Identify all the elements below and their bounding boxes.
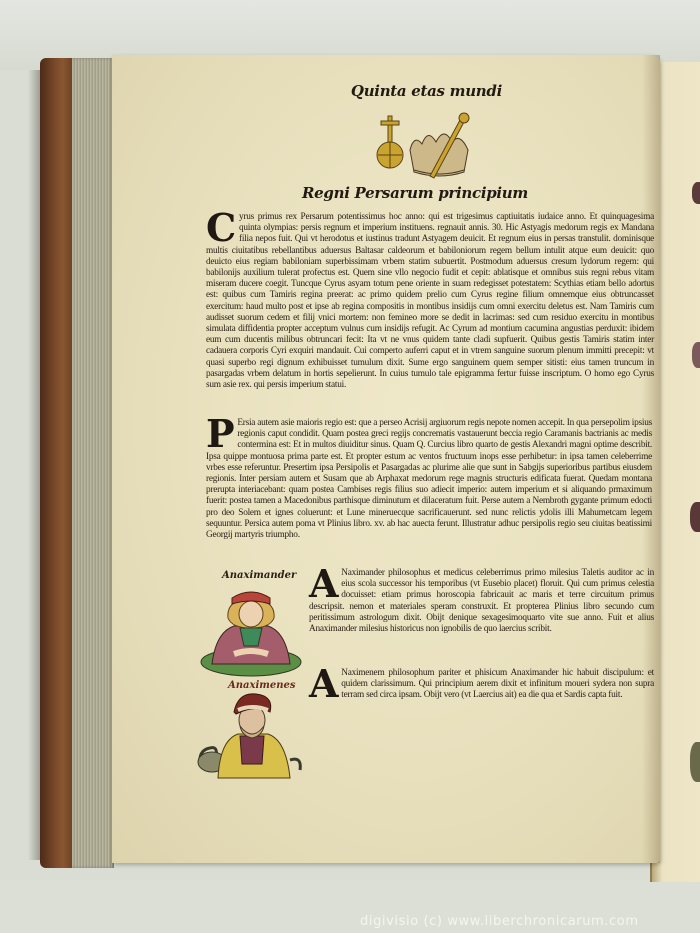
paragraph-persia: P Ersia autem asie maioris regio est: qu…	[206, 418, 652, 541]
facing-page-ornament	[692, 342, 700, 368]
paragraph-text: Naximander philosophus et medicus celebe…	[309, 568, 654, 635]
initial-letter: P	[206, 418, 234, 450]
facing-page-ornament	[692, 182, 700, 204]
initial-letter: C	[206, 212, 236, 244]
section-title: Regni Persarum principium	[300, 184, 530, 202]
paragraph-cyrus: C yrus primus rex Persarum potentissimus…	[206, 212, 654, 391]
facing-page-ornament	[690, 742, 700, 782]
orb-and-crown-icon	[372, 110, 482, 182]
paragraph-text: Ersia autem asie maioris regio est: que …	[206, 418, 652, 541]
portrait-caption-anaximander: Anaximander	[222, 570, 296, 581]
running-head: Quinta etas mundi	[262, 82, 502, 100]
paragraph-text: yrus primus rex Persarum potentissimus h…	[206, 212, 654, 391]
watermark-text: digivisio (c) www.liberchronicarum.com	[360, 914, 639, 929]
paragraph-anaximander: A Naximander philosophus et medicus cele…	[309, 568, 654, 635]
paragraph-anaximenes: A Naximenem philosophum pariter et phisi…	[309, 668, 654, 702]
anaximander-portrait-icon	[198, 584, 304, 678]
page-edges	[72, 58, 114, 868]
facing-page-ornament	[690, 502, 700, 532]
anaximenes-portrait-icon	[196, 690, 306, 780]
initial-letter: A	[309, 668, 338, 700]
paragraph-text: Naximenem philosophum pariter et phisicu…	[309, 668, 654, 702]
initial-letter: A	[309, 568, 338, 600]
